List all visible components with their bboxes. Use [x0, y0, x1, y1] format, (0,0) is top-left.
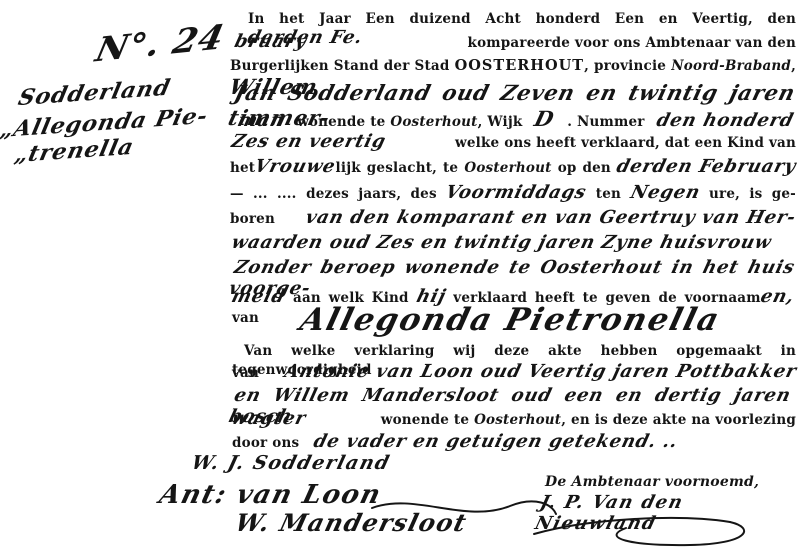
printed-hour-born: ure, is ge- — [709, 186, 796, 202]
handwritten-witness2-profession: wagter — [229, 408, 308, 429]
margin-surname-row: Sodderland — [20, 80, 169, 106]
printed-gender-text: lijk geslacht, te — [336, 160, 459, 176]
handwritten-birth-date: derden February — [614, 156, 798, 177]
official-title-row: De Ambtenaar voornoemd, — [545, 471, 759, 490]
printed-registry-text: Burgerlijken Stand der Stad — [230, 58, 449, 74]
body-line-2: bruary kompareerde voor ons Ambtenaar va… — [235, 31, 796, 52]
residence-place: Oosterhout — [390, 114, 477, 130]
printed-appeared-text: kompareerde voor ons Ambtenaar van den — [468, 35, 796, 51]
handwritten-house-number-1: den honderd — [655, 110, 797, 131]
handwritten-mother-intro: van den komparant en van Geertruy van He… — [304, 207, 799, 228]
official-title: De Ambtenaar voornoemd, — [545, 474, 759, 490]
child-given-names: Allegonda Pietronella — [296, 302, 724, 338]
printed-reading-text: wonende te Oosterhout, en is deze akte n… — [381, 412, 796, 428]
body-line-6: Zes en veertig welke ons heeft verklaard… — [232, 131, 796, 152]
body-line-13: Allegonda Pietronella — [270, 302, 750, 338]
printed-district-label: , Wijk — [478, 114, 523, 130]
margin-act-number-row: N°. 24 — [98, 24, 222, 64]
printed-residing: wonende te — [297, 114, 385, 130]
margin-childname-row-1: „Allegonda Pie- — [2, 110, 206, 136]
act-number: N°. 24 — [92, 18, 228, 71]
filler-dashes: — ... .... — [230, 186, 297, 202]
birth-place: Oosterhout — [464, 160, 551, 176]
handwritten-profession-continued: man — [235, 110, 286, 131]
signature-father: W. J. Sodderland — [189, 452, 393, 474]
printed-at: ten — [596, 186, 621, 202]
handwritten-month-continued: bruary — [232, 31, 309, 52]
signature-witness2-row: W. Mandersloot — [236, 508, 467, 537]
printed-residing-text: wonende te Oosterhout, Wijk — [297, 114, 522, 130]
printed-the: het — [230, 160, 255, 176]
birth-certificate-scan: N°. 24 Sodderland „Allegonda Pie- „trene… — [0, 0, 800, 550]
printed-by-us: door ons — [232, 435, 299, 451]
signature-father-row: W. J. Sodderland — [192, 452, 390, 474]
province-name: Noord-Braband — [671, 58, 791, 74]
signature-witness2: W. Mandersloot — [232, 508, 470, 537]
body-line-10: waarden oud Zes en twintig jaren Zyne hu… — [232, 232, 788, 253]
official-signature-flourish — [530, 512, 760, 548]
body-line-5: man wonende te Oosterhout, Wijk D . Numm… — [238, 106, 794, 131]
handwritten-signed-note: de vader en getuigen getekend. .. — [312, 431, 681, 452]
printed-comma: , — [791, 58, 796, 74]
margin-childname-row-2: „trenella — [16, 138, 133, 164]
printed-of: van — [232, 310, 259, 326]
printed-of-this-year: dezes jaars, des — [306, 186, 437, 202]
margin-surname: Sodderland — [16, 75, 173, 111]
handwritten-hour: Negen — [628, 182, 702, 203]
printed-residing2: wonende te — [381, 412, 469, 428]
handwritten-mother-age: waarden oud Zes en twintig jaren Zyne hu… — [229, 232, 774, 253]
handwritten-witness1: Antonie van Loon oud Veertig jaren Pottb… — [282, 361, 799, 382]
printed-born-continued: boren — [230, 211, 275, 227]
body-line-17: wagter wonende te Oosterhout, en is deze… — [232, 408, 796, 429]
handwritten-names-suffix: en, — [758, 286, 796, 307]
handwritten-daypart: Voormiddags — [444, 182, 589, 203]
printed-of-witnesses: van — [232, 365, 259, 381]
printed-on-the: op den — [558, 160, 611, 176]
witness-residence-place: Oosterhout — [474, 412, 561, 428]
signature-witness1: Ant: van Loon — [156, 480, 384, 510]
printed-province-label: , provincie — [584, 58, 666, 74]
margin-child-name-2: „trenella — [12, 134, 136, 168]
printed-after-reading: , en is deze akte na voorlezing — [561, 412, 796, 428]
printed-declared-text: welke ons heeft verklaard, dat een Kind … — [455, 135, 796, 151]
body-line-15: van Antonie van Loon oud Veertig jaren P… — [232, 361, 796, 382]
printed-year-text: In het Jaar Een duizend Acht honderd Een… — [248, 11, 796, 27]
printed-number-label: . Nummer — [567, 114, 644, 130]
city-name: OOSTERHOUT — [455, 57, 584, 74]
handwritten-gender: Vrouwe — [253, 156, 339, 177]
handwritten-district-letter: D — [532, 106, 557, 131]
body-line-7: hetVrouwelijk geslacht, te Oosterhout op… — [230, 156, 796, 177]
body-line-9: boren van den komparant en van Geertruy … — [230, 207, 796, 228]
body-line-8: — ... .... dezes jaars, des Voormiddags … — [230, 182, 796, 203]
body-line-18: door ons de vader en getuigen getekend. … — [232, 431, 678, 452]
signature-witness1-row: Ant: van Loon — [160, 480, 381, 510]
handwritten-house-number-2: Zes en veertig — [229, 131, 388, 152]
